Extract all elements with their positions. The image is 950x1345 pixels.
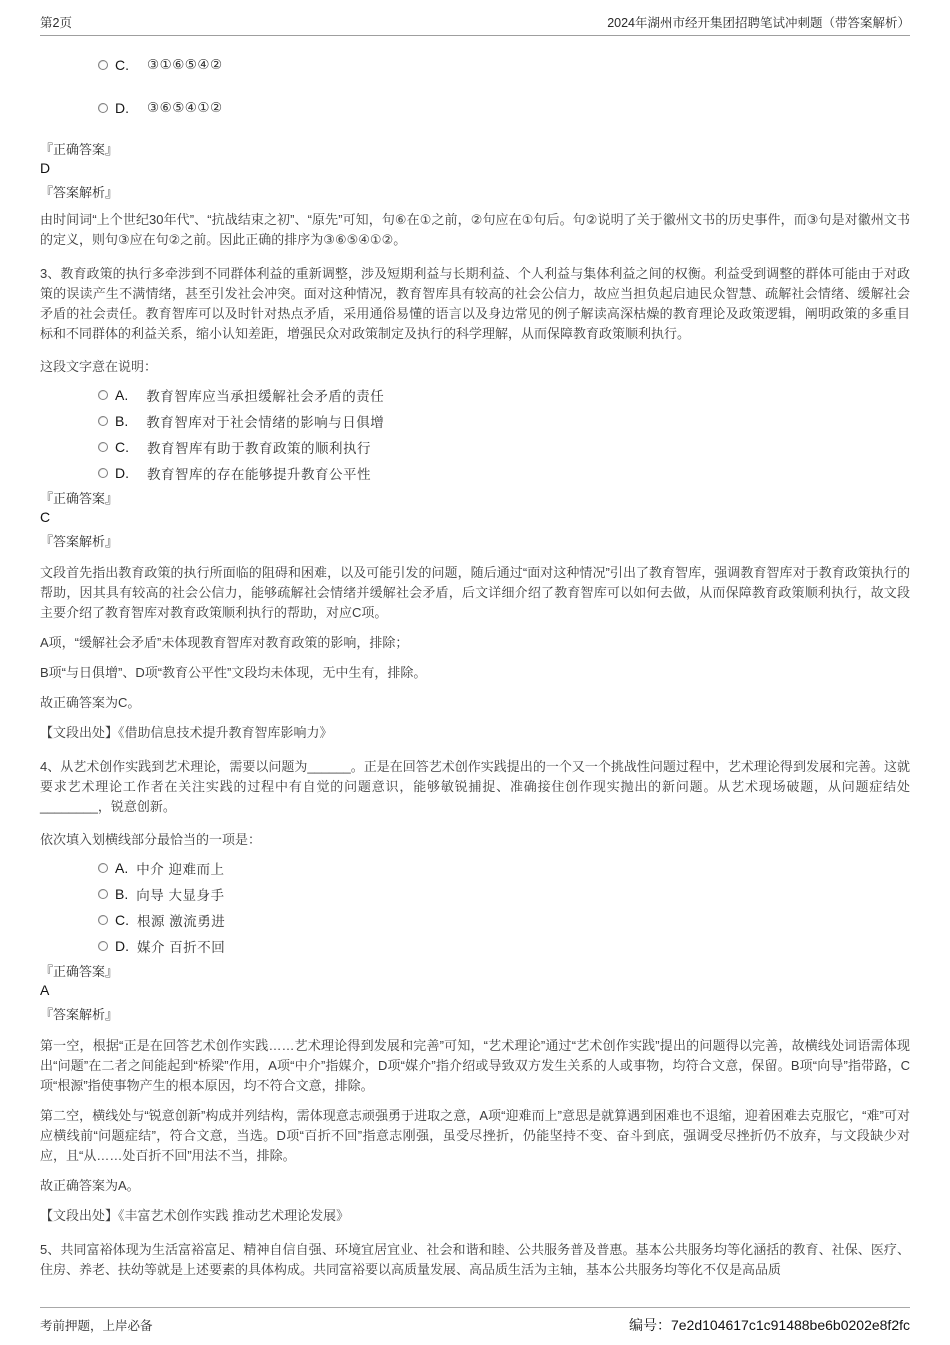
correct-answer-value: D	[40, 159, 910, 178]
radio-button[interactable]	[98, 416, 108, 426]
footer-slogan: 考前押题，上岸必备	[40, 1316, 153, 1334]
radio-button[interactable]	[98, 889, 108, 899]
radio-button[interactable]	[98, 915, 108, 925]
page-footer: 考前押题，上岸必备 编号：7e2d104617c1c91488be6b0202e…	[40, 1307, 910, 1335]
correct-answer-label: 『正确答案』	[40, 962, 910, 981]
option-row-a[interactable]: A. 教育智库应当承担缓解社会矛盾的责任	[40, 385, 910, 405]
q3-analysis-option-a: A项，“缓解社会矛盾”未体现教育智库对教育政策的影响，排除；	[40, 633, 910, 653]
option-text: ③①⑥⑤④②	[147, 57, 223, 73]
option-row-c[interactable]: C. 教育智库有助于教育政策的顺利执行	[40, 437, 910, 457]
radio-button[interactable]	[98, 390, 108, 400]
correct-answer-label: 『正确答案』	[40, 140, 910, 159]
option-letter: C.	[115, 912, 129, 928]
option-row-d[interactable]: D. ③⑥⑤④①②	[40, 97, 910, 118]
option-letter: B.	[115, 886, 128, 902]
option-letter: B.	[115, 413, 128, 429]
q4-source: 【文段出处】《丰富艺术创作实践 推动艺术理论发展》	[40, 1206, 910, 1226]
option-text: 媒介 百折不回	[137, 936, 225, 956]
q2-analysis-text: 由时间词“上个世纪30年代”、“抗战结束之初”、“原先”可知，句⑥在①之前，②句…	[40, 210, 910, 250]
question-3-options: A. 教育智库应当承担缓解社会矛盾的责任 B. 教育智库对于社会情绪的影响与日俱…	[40, 385, 910, 483]
question-4-prompt: 依次填入划横线部分最恰当的一项是：	[40, 830, 910, 850]
radio-button[interactable]	[98, 60, 108, 70]
option-text: 向导 大显身手	[136, 884, 224, 904]
option-text: 教育智库的存在能够提升教育公平性	[147, 463, 371, 483]
option-row-c[interactable]: C. 根源 激流勇进	[40, 910, 910, 930]
option-text: 教育智库有助于教育政策的顺利执行	[147, 437, 371, 457]
page-header: 第2页 2024年湖州市经开集团招聘笔试冲刺题（带答案解析）	[40, 0, 910, 36]
q3-analysis-options-bd: B项“与日俱增”、D项“教育公平性”文段均未体现，无中生有，排除。	[40, 663, 910, 683]
radio-button[interactable]	[98, 442, 108, 452]
correct-answer-value: C	[40, 508, 910, 527]
correct-answer-label: 『正确答案』	[40, 489, 910, 508]
footer-serial-number: 编号：7e2d104617c1c91488be6b0202e8f2fc	[629, 1315, 910, 1335]
option-row-d[interactable]: D. 媒介 百折不回	[40, 936, 910, 956]
option-text: 教育智库对于社会情绪的影响与日俱增	[146, 411, 384, 431]
option-text: 教育智库应当承担缓解社会矛盾的责任	[146, 385, 384, 405]
document-title: 2024年湖州市经开集团招聘笔试冲刺题（带答案解析）	[607, 13, 910, 31]
correct-answer-value: A	[40, 981, 910, 1000]
answer-analysis-label: 『答案解析』	[40, 183, 910, 202]
exam-document-page: 第2页 2024年湖州市经开集团招聘笔试冲刺题（带答案解析） C. ③①⑥⑤④②…	[0, 0, 950, 1345]
option-letter: A.	[115, 860, 128, 876]
radio-button[interactable]	[98, 103, 108, 113]
question-3-prompt: 这段文字意在说明：	[40, 357, 910, 377]
option-letter: D.	[115, 100, 129, 116]
question-3-stem: 3、教育政策的执行多牵涉到不同群体利益的重新调整，涉及短期利益与长期利益、个人利…	[40, 264, 910, 344]
option-letter: C.	[115, 57, 129, 73]
option-row-b[interactable]: B. 向导 大显身手	[40, 884, 910, 904]
answer-analysis-label: 『答案解析』	[40, 532, 910, 551]
question-4-stem: 4、从艺术创作实践到艺术理论，需要以问题为______。正是在回答艺术创作实践提…	[40, 757, 910, 817]
q4-analysis-first-blank: 第一空，根据“正是在回答艺术创作实践……艺术理论得到发展和完善”可知，“艺术理论…	[40, 1036, 910, 1096]
option-row-b[interactable]: B. 教育智库对于社会情绪的影响与日俱增	[40, 411, 910, 431]
option-letter: A.	[115, 387, 128, 403]
question-5-stem: 5、共同富裕体现为生活富裕富足、精神自信自强、环境宜居宜业、社会和谐和睦、公共服…	[40, 1240, 910, 1280]
q4-analysis-second-blank: 第二空，横线处与“锐意创新”构成并列结构，需体现意志顽强勇于进取之意，A项“迎难…	[40, 1106, 910, 1166]
radio-button[interactable]	[98, 863, 108, 873]
answer-analysis-label: 『答案解析』	[40, 1005, 910, 1024]
option-letter: D.	[115, 465, 129, 481]
option-row-a[interactable]: A. 中介 迎难而上	[40, 858, 910, 878]
q4-conclusion: 故正确答案为A。	[40, 1176, 910, 1196]
q3-source: 【文段出处】《借助信息技术提升教育智库影响力》	[40, 723, 910, 743]
option-text: ③⑥⑤④①②	[147, 100, 223, 116]
option-text: 中介 迎难而上	[136, 858, 224, 878]
radio-button[interactable]	[98, 941, 108, 951]
question-2-options: C. ③①⑥⑤④② D. ③⑥⑤④①②	[40, 54, 910, 118]
radio-button[interactable]	[98, 468, 108, 478]
option-letter: C.	[115, 439, 129, 455]
question-4-options: A. 中介 迎难而上 B. 向导 大显身手 C. 根源 激流勇进 D. 媒介 百…	[40, 858, 910, 956]
option-letter: D.	[115, 938, 129, 954]
page-number: 第2页	[40, 13, 72, 31]
option-row-d[interactable]: D. 教育智库的存在能够提升教育公平性	[40, 463, 910, 483]
option-text: 根源 激流勇进	[137, 910, 225, 930]
q3-analysis-main: 文段首先指出教育政策的执行所面临的阻碍和困难，以及可能引发的问题，随后通过“面对…	[40, 563, 910, 623]
option-row-c[interactable]: C. ③①⑥⑤④②	[40, 54, 910, 75]
q3-conclusion: 故正确答案为C。	[40, 693, 910, 713]
